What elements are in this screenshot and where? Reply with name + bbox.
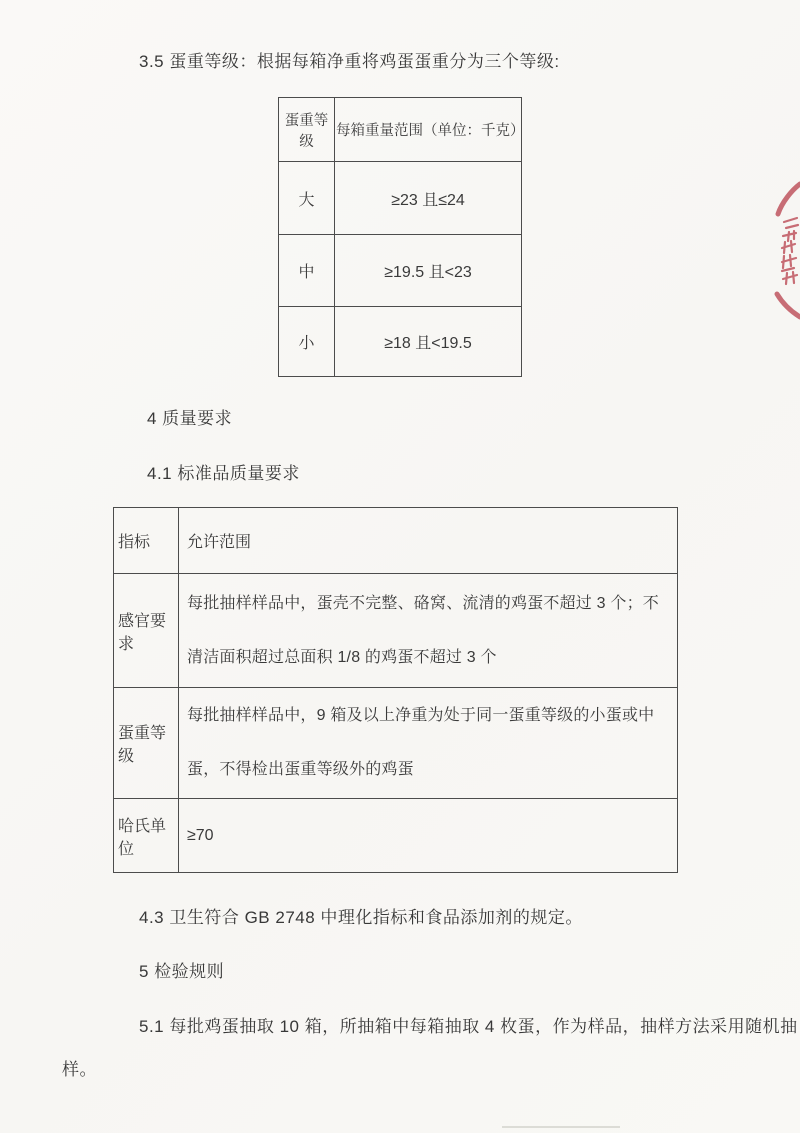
- heading-4: 4 质量要求: [147, 404, 232, 429]
- weight-grade-header-col1: 蛋重等级: [279, 98, 335, 162]
- table-row: 蛋重等级 每批抽样样品中，9 箱及以上净重为处于同一蛋重等级的小蛋或中蛋，不得检…: [114, 688, 678, 799]
- table-row: 哈氏单位 ≥70: [114, 799, 678, 873]
- grade-small-cell: 小: [279, 307, 335, 377]
- weight-grade-table: 蛋重等级 每箱重量范围（单位：千克） 大 ≥23 且≤24 中 ≥19.5 且<…: [278, 97, 522, 377]
- haugh-unit-indicator-cell: 哈氏单位: [114, 799, 179, 873]
- weight-grade-indicator-cell: 蛋重等级: [114, 688, 179, 799]
- table-row: 大 ≥23 且≤24: [279, 162, 522, 235]
- grade-medium-cell: 中: [279, 235, 335, 307]
- sensory-indicator-cell: 感官要求: [114, 574, 179, 688]
- quality-header-indicator: 指标: [114, 508, 179, 574]
- scan-artifact-line: [502, 1126, 620, 1128]
- heading-5: 5 检验规则: [139, 957, 224, 982]
- weight-grade-range-cell: 每批抽样样品中，9 箱及以上净重为处于同一蛋重等级的小蛋或中蛋，不得检出蛋重等级…: [179, 688, 678, 799]
- para-4-3: 4.3 卫生符合 GB 2748 中理化指标和食品添加剂的规定。: [139, 903, 583, 928]
- table-row: 小 ≥18 且<19.5: [279, 307, 522, 377]
- sensory-range-cell: 每批抽样样品中，蛋壳不完整、硌窝、流清的鸡蛋不超过 3 个；不清洁面积超过总面积…: [179, 574, 678, 688]
- grade-large-range-cell: ≥23 且≤24: [335, 162, 522, 235]
- table-row: 中 ≥19.5 且<23: [279, 235, 522, 307]
- haugh-unit-range-cell: ≥70: [179, 799, 678, 873]
- table-header-row: 蛋重等级 每箱重量范围（单位：千克）: [279, 98, 522, 162]
- quality-header-range: 允许范围: [179, 508, 678, 574]
- weight-grade-header-col2: 每箱重量范围（单位：千克）: [335, 98, 522, 162]
- document-page: 3.5 蛋重等级：根据每箱净重将鸡蛋蛋重分为三个等级: 蛋重等级 每箱重量范围（…: [0, 0, 800, 1133]
- grade-medium-range-cell: ≥19.5 且<23: [335, 235, 522, 307]
- table-row: 感官要求 每批抽样样品中，蛋壳不完整、硌窝、流清的鸡蛋不超过 3 个；不清洁面积…: [114, 574, 678, 688]
- para-5-1-line1: 5.1 每批鸡蛋抽取 10 箱，所抽箱中每箱抽取 4 枚蛋，作为样品，抽样方法采…: [139, 1012, 798, 1037]
- grade-large-cell: 大: [279, 162, 335, 235]
- para-5-1-line2: 样。: [62, 1055, 97, 1080]
- quality-requirements-table: 指标 允许范围 感官要求 每批抽样样品中，蛋壳不完整、硌窝、流清的鸡蛋不超过 3…: [113, 507, 678, 873]
- heading-3-5: 3.5 蛋重等级：根据每箱净重将鸡蛋蛋重分为三个等级:: [139, 47, 560, 72]
- table-header-row: 指标 允许范围: [114, 508, 678, 574]
- heading-4-1: 4.1 标准品质量要求: [147, 459, 300, 484]
- red-seal-stamp: [770, 178, 800, 323]
- grade-small-range-cell: ≥18 且<19.5: [335, 307, 522, 377]
